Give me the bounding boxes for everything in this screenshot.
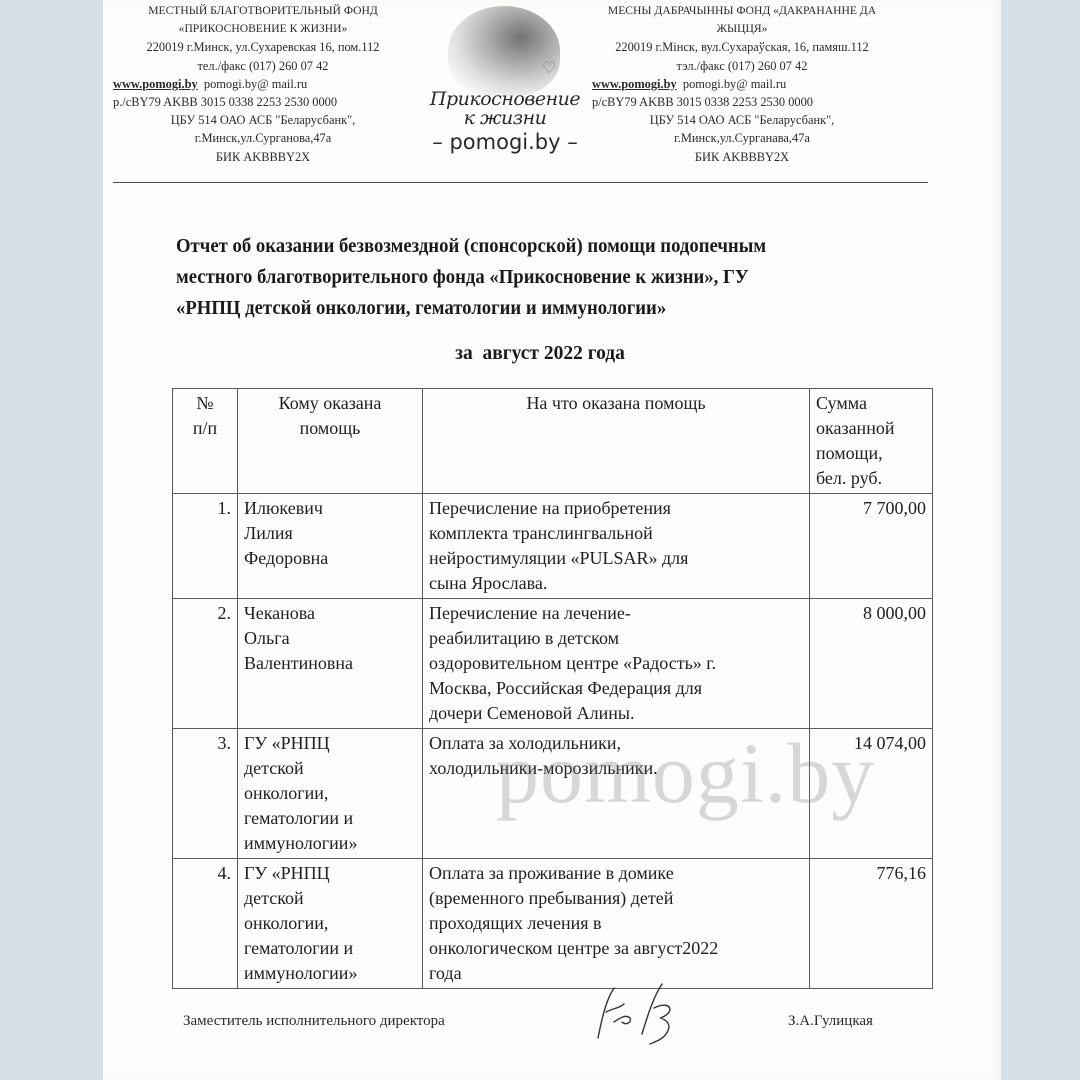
website-link[interactable]: www.pomogi.by <box>592 77 677 91</box>
header-purpose: На что оказана помощь <box>423 389 810 494</box>
bank-address: г.Минск,ул.Сурганова,47а <box>113 129 413 147</box>
signatory-name: З.А.Гулицкая <box>788 1013 873 1030</box>
heart-icon: ♡ <box>542 58 556 78</box>
table-row: 1. Илюкевич Лилия Федоровна Перечисление… <box>173 494 933 599</box>
table-row: 2. Чеканова Ольга Валентиновна Перечисле… <box>173 599 933 729</box>
org-name-line1: МЕСТНЫЙ БЛАГОТВОРИТЕЛЬНЫЙ ФОНД <box>113 2 413 20</box>
row-purpose: Оплата за проживание в домике (временног… <box>423 859 810 989</box>
row-amount: 776,16 <box>810 859 933 989</box>
org-address: 220019 г.Минск, ул.Сухаревская 16, пом.1… <box>113 38 413 56</box>
handwritten-signature-icon <box>584 978 694 1048</box>
report-period: за август 2022 года <box>350 343 730 365</box>
row-number: 1. <box>173 494 238 599</box>
aid-report-table: № п/п Кому оказана помощь На что оказана… <box>172 388 933 989</box>
row-recipient: Чеканова Ольга Валентиновна <box>238 599 423 729</box>
bank-bic-by: БИК AKBBBY2X <box>592 148 892 166</box>
row-number: 2. <box>173 599 238 729</box>
report-title: Отчет об оказании безвозмездной (спонсор… <box>176 231 925 324</box>
row-amount: 7 700,00 <box>810 494 933 599</box>
header-recipient: Кому оказана помощь <box>238 389 423 494</box>
bank-bic: БИК AKBBBY2X <box>113 148 413 166</box>
row-amount: 8 000,00 <box>810 599 933 729</box>
row-recipient: ГУ «РНПЦ детской онкологии, гематологии … <box>238 729 423 859</box>
org-phone: тел./факс (017) 260 07 42 <box>113 57 413 75</box>
org-address-by: 220019 г.Мінск, вул.Сухараўская, 16, пам… <box>592 38 892 56</box>
org-name-line1-by: МЕСНЫ ДАБРАЧЫННЫ ФОНД «ДАКРАНАННЕ ДА <box>592 2 892 20</box>
logo-site: – pomogi.by – <box>412 130 598 154</box>
bank-account-by: р/сBY79 AKBB 3015 0338 2253 2530 0000 <box>592 93 892 111</box>
row-purpose: Перечисление на приобретения комплекта т… <box>423 494 810 599</box>
row-purpose: Оплата за холодильники, холодильники-мор… <box>423 729 810 859</box>
letterhead-right: МЕСНЫ ДАБРАЧЫННЫ ФОНД «ДАКРАНАННЕ ДА ЖЫЦ… <box>592 2 892 166</box>
logo-photo-heart-icon <box>448 6 560 96</box>
bank-address-by: г.Минск,ул.Сурганава,47а <box>592 129 892 147</box>
table-header-row: № п/п Кому оказана помощь На что оказана… <box>173 389 933 494</box>
org-phone-by: тэл./факс (017) 260 07 42 <box>592 57 892 75</box>
logo-script-line2: к жизни <box>412 109 598 128</box>
org-contacts-by: www.pomogi.by pomogi.by@ mail.ru <box>592 75 892 93</box>
row-recipient: ГУ «РНПЦ детской онкологии, гематологии … <box>238 859 423 989</box>
row-purpose: Перечисление на лечение- реабилитацию в … <box>423 599 810 729</box>
table-row: 3. ГУ «РНПЦ детской онкологии, гематолог… <box>173 729 933 859</box>
row-recipient: Илюкевич Лилия Федоровна <box>238 494 423 599</box>
bank-name: ЦБУ 514 ОАО АСБ "Беларусбанк", <box>113 111 413 129</box>
row-number: 3. <box>173 729 238 859</box>
table-row: 4. ГУ «РНПЦ детской онкологии, гематолог… <box>173 859 933 989</box>
report-title-line1: Отчет об оказании безвозмездной (спонсор… <box>176 231 925 262</box>
org-contacts: www.pomogi.by pomogi.by@ mail.ru <box>113 75 413 93</box>
website-link[interactable]: www.pomogi.by <box>113 77 198 91</box>
row-amount: 14 074,00 <box>810 729 933 859</box>
report-title-line3: «РНПЦ детской онкологии, гематологии и и… <box>176 293 925 324</box>
org-name-line2: «ПРИКОСНОВЕНИЕ К ЖИЗНИ» <box>113 20 413 38</box>
signatory-position: Заместитель исполнительного директора <box>183 1013 445 1030</box>
row-number: 4. <box>173 859 238 989</box>
email-address: pomogi.by@ mail.ru <box>204 77 307 91</box>
org-name-line2-by: ЖЫЦЦЯ» <box>592 20 892 38</box>
bank-account: р./сBY79 AKBB 3015 0338 2253 2530 0000 <box>113 93 413 111</box>
letterhead-left: МЕСТНЫЙ БЛАГОТВОРИТЕЛЬНЫЙ ФОНД «ПРИКОСНО… <box>113 2 413 166</box>
email-address: pomogi.by@ mail.ru <box>683 77 786 91</box>
report-title-line2: местного благотворительного фонда «Прико… <box>176 262 925 293</box>
foundation-logo: ♡ Прикосновение к жизни – pomogi.by – <box>412 2 598 162</box>
letterhead-divider <box>113 182 928 183</box>
bank-name-by: ЦБУ 514 ОАО АСБ "Беларусбанк", <box>592 111 892 129</box>
header-amount: Сумма оказанной помощи, бел. руб. <box>810 389 933 494</box>
logo-script-text: Прикосновение к жизни <box>412 90 598 128</box>
header-number: № п/п <box>173 389 238 494</box>
